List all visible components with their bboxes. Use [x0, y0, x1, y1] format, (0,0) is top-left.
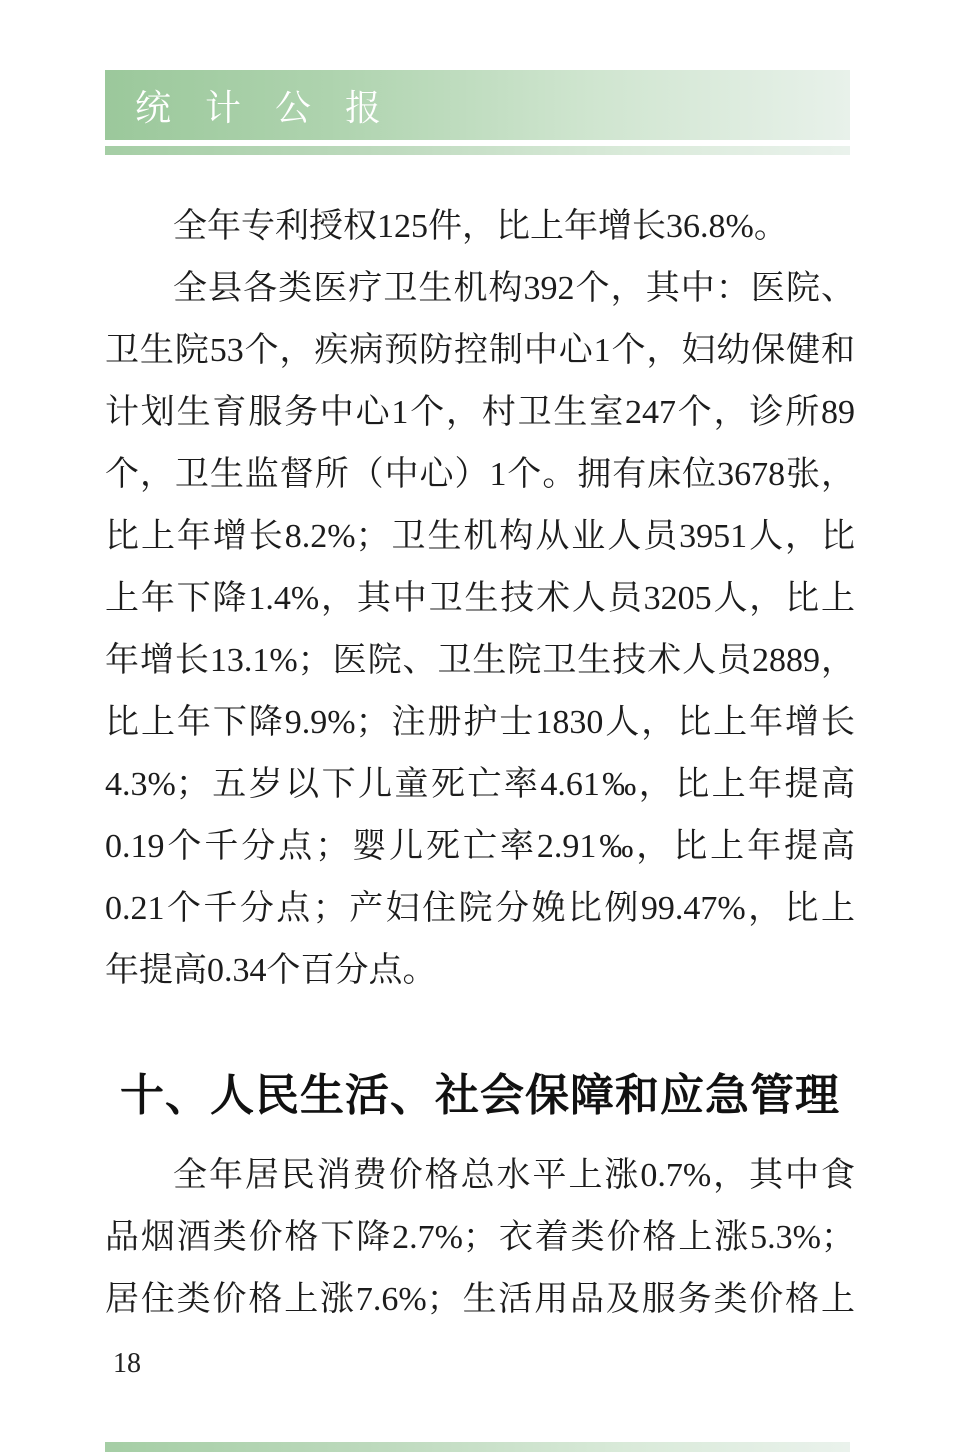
paragraph-line: 品烟酒类价格下降2.7%；衣着类价格上涨5.3%； — [105, 1207, 855, 1269]
banner-title: 统 计 公 报 — [135, 80, 393, 131]
paragraph-line: 全年居民消费价格总水平上涨0.7%，其中食 — [105, 1145, 855, 1207]
header-strip — [105, 146, 850, 155]
paragraph-line: 4.3%；五岁以下儿童死亡率4.61‰，比上年提高 — [105, 754, 855, 816]
paragraph-line: 居住类价格上涨7.6%；生活用品及服务类价格上 — [105, 1269, 855, 1331]
paragraph-line: 计划生育服务中心1个，村卫生室247个，诊所89 — [105, 382, 855, 444]
header-banner: 统 计 公 报 — [105, 70, 850, 140]
paragraph-line: 年增长13.1%；医院、卫生院卫生技术人员2889， — [105, 630, 855, 692]
paragraph-line: 比上年下降9.9%；注册护士1830人，比上年增长 — [105, 692, 855, 754]
paragraph-line: 个，卫生监督所（中心）1个。拥有床位3678张， — [105, 444, 855, 506]
paragraph-line: 年提高0.34个百分点。 — [105, 940, 855, 1002]
paragraph-line: 上年下降1.4%，其中卫生技术人员3205人，比上 — [105, 568, 855, 630]
paragraph-line: 比上年增长8.2%；卫生机构从业人员3951人，比 — [105, 506, 855, 568]
paragraph-line: 卫生院53个，疾病预防控制中心1个，妇幼保健和 — [105, 320, 855, 382]
footer-strip — [105, 1442, 850, 1452]
paragraph-line: 0.19个千分点；婴儿死亡率2.91‰，比上年提高 — [105, 816, 855, 878]
bulletin-page: 统 计 公 报 全年专利授权125件，比上年增长36.8%。 全县各类医疗卫生机… — [0, 0, 956, 1452]
paragraph-line: 全县各类医疗卫生机构392个，其中：医院、 — [105, 258, 855, 320]
body-text: 全年专利授权125件，比上年增长36.8%。 全县各类医疗卫生机构392个，其中… — [105, 196, 855, 1331]
section-heading: 十、人民生活、社会保障和应急管理 — [105, 1058, 855, 1133]
paragraph-line: 0.21个千分点；产妇住院分娩比例99.47%，比上 — [105, 878, 855, 940]
paragraph-line: 全年专利授权125件，比上年增长36.8%。 — [105, 196, 855, 258]
page-number: 18 — [113, 1347, 141, 1381]
